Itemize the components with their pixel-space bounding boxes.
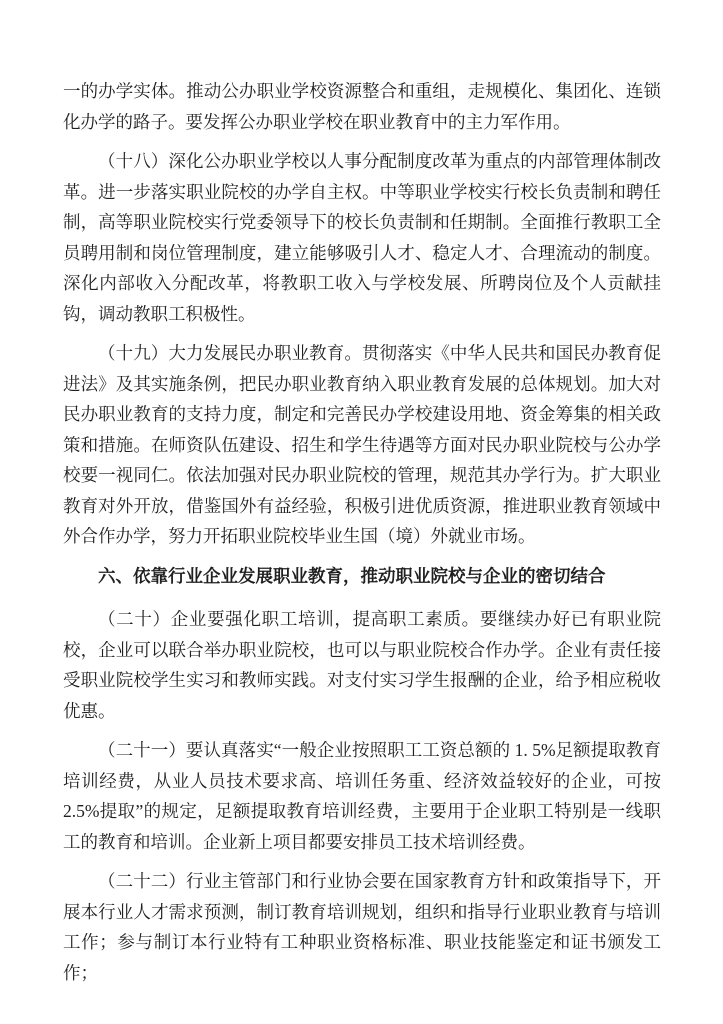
paragraph-item-21: （二十一）要认真落实“一般企业按照职工工资总额的 1. 5%足额提取教育培训经费… bbox=[63, 735, 661, 857]
paragraph-item-19: （十九）大力发展民办职业教育。贯彻落实《中华人民共和国民办教育促进法》及其实施条… bbox=[63, 338, 661, 552]
paragraph-item-20: （二十）企业要强化职工培训，提高职工素质。要继续办好已有职业院校，企业可以联合举… bbox=[63, 604, 661, 726]
paragraph-item-18: （十八）深化公办职业学校以人事分配制度改革为重点的内部管理体制改革。进一步落实职… bbox=[63, 146, 661, 329]
paragraph-item-22: （二十二）行业主管部门和行业协会要在国家教育方针和政策指导下，开展本行业人才需求… bbox=[63, 866, 661, 988]
paragraph-continuation: 一的办学实体。推动公办职业学校资源整合和重组，走规模化、集团化、连锁化办学的路子… bbox=[63, 76, 661, 137]
document-body: 一的办学实体。推动公办职业学校资源整合和重组，走规模化、集团化、连锁化办学的路子… bbox=[63, 76, 661, 988]
section-heading-six: 六、依靠行业企业发展职业教育，推动职业院校与企业的密切结合 bbox=[63, 561, 661, 592]
document-page: 一的办学实体。推动公办职业学校资源整合和重组，走规模化、集团化、连锁化办学的路子… bbox=[0, 0, 723, 1024]
